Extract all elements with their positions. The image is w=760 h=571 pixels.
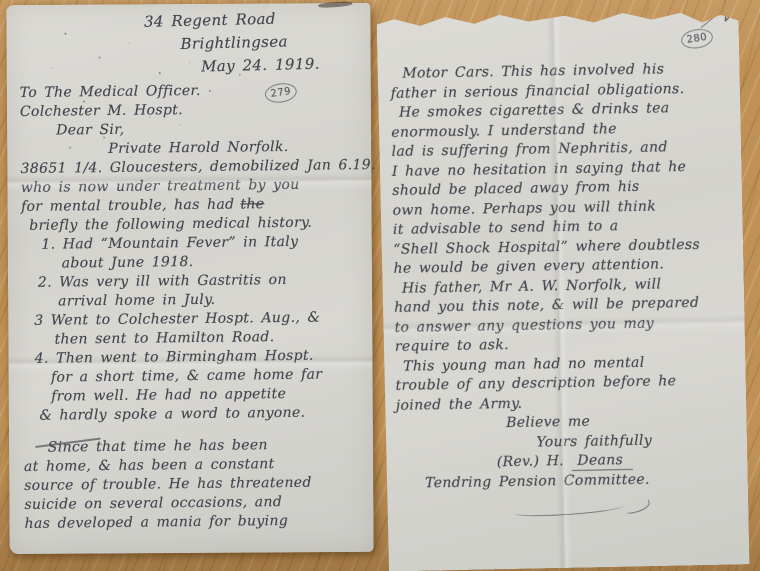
signature-name: Deans: [571, 452, 633, 471]
handwriting-line: Brightlingsea: [180, 30, 319, 56]
handwriting-line: 38651 1/4. Gloucesters, demobilized Jan …: [20, 156, 375, 179]
archive-stamp-280: 280: [680, 27, 715, 51]
letter-address-block: 34 Regent Road Brightlingsea May 24. 191…: [144, 7, 320, 80]
signature-prefix: (Rev.) H.: [497, 453, 564, 470]
foxing-speckles: [6, 5, 8, 7]
handwriting-line: has developed a mania for buying: [25, 511, 380, 534]
handwriting-text: for mental trouble, has had: [21, 197, 235, 215]
letter-body-left: To The Medical Officer. Colchester M. Ho…: [20, 80, 380, 534]
letter-page-left: 34 Regent Road Brightlingsea May 24. 191…: [6, 3, 373, 554]
committee-line: Tendring Pension Committee.: [425, 469, 704, 493]
letter-body-right: Motor Cars. This has involved his father…: [390, 60, 704, 494]
struck-out-word: the: [240, 196, 264, 212]
handwriting-line: May 24. 1919.: [201, 53, 320, 79]
handwriting-line: & hardly spoke a word to anyone.: [39, 403, 378, 426]
letter-page-right: 2 280 Motor Cars. This has involved his …: [376, 8, 749, 571]
pen-flourish: [514, 501, 624, 518]
